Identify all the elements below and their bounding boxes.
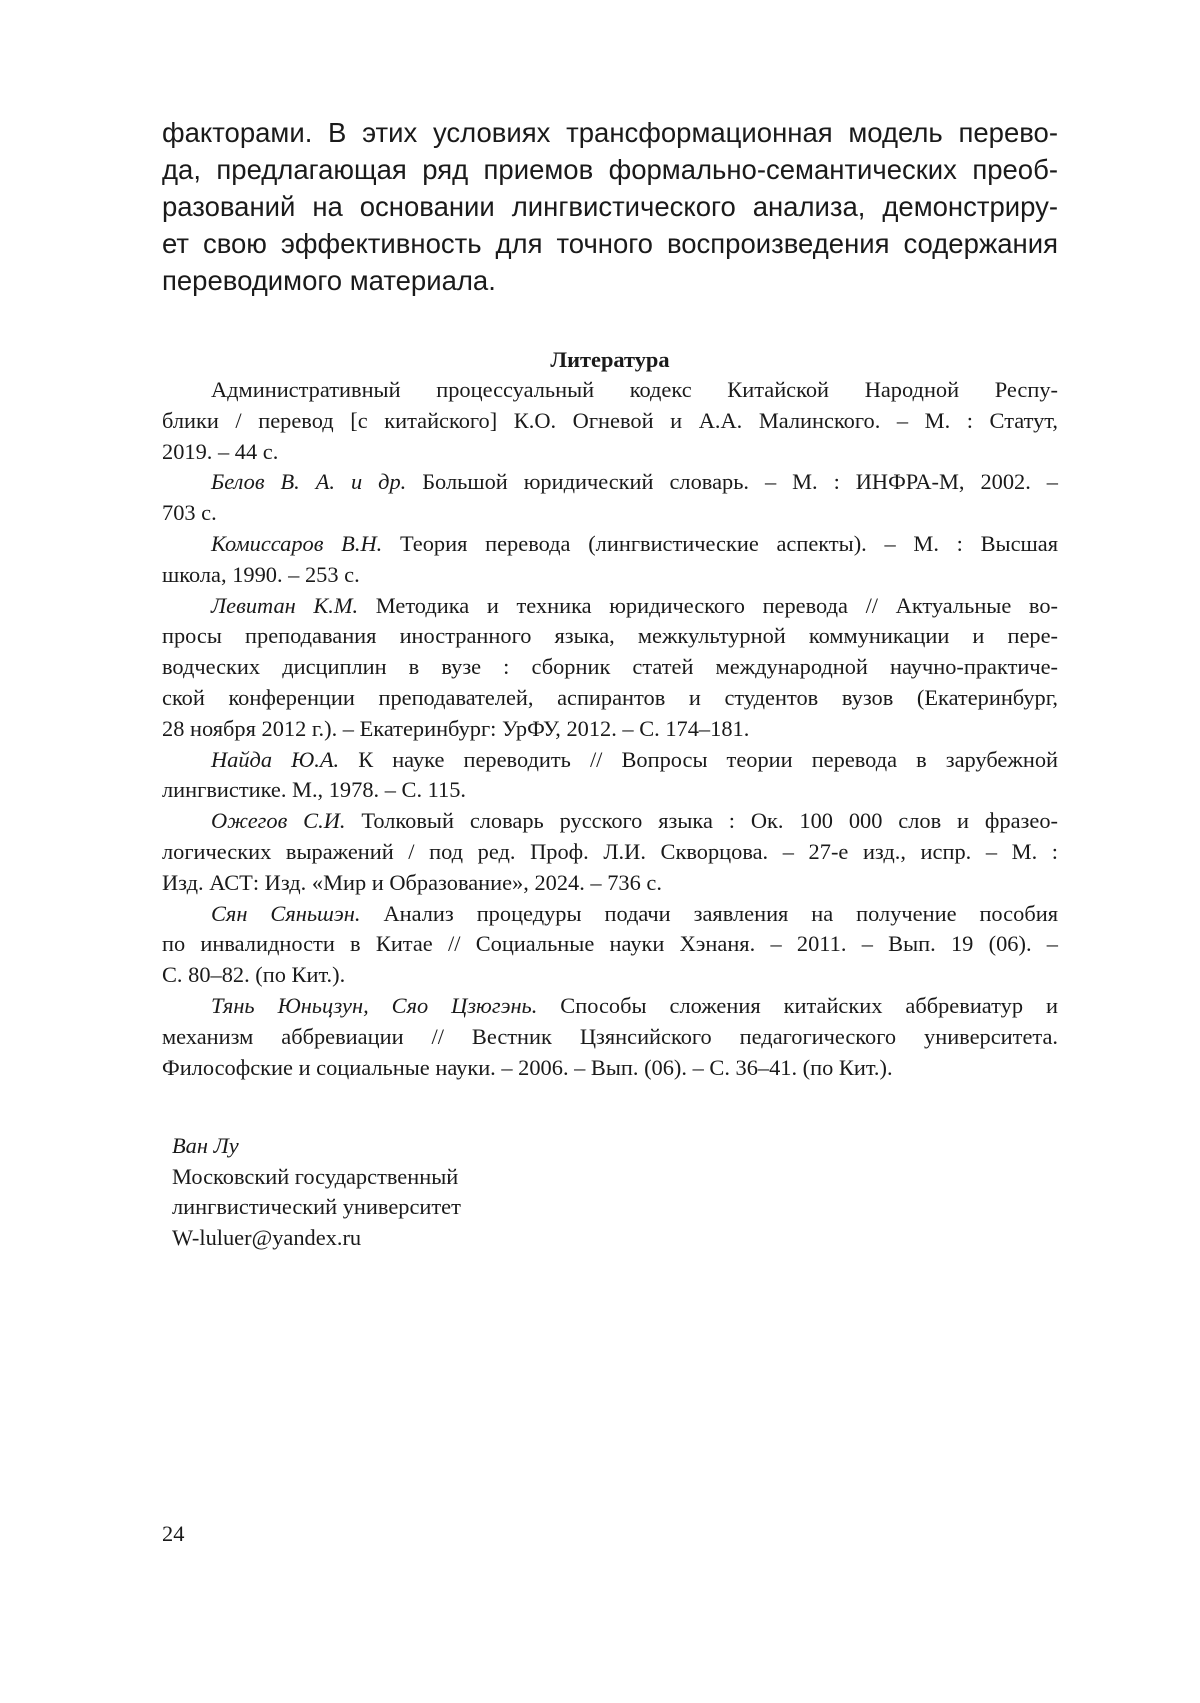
reference-first-line: Ожегов С.И. Толковый словарь русского яз… (162, 806, 1058, 837)
reference-first-line: Белов В. А. и др. Большой юридический сл… (162, 467, 1058, 498)
document-page: факторами. В этих условиях трансформацио… (0, 0, 1200, 1703)
reference-item: Сян Сяньшэн. Анализ процедуры подачи зая… (162, 899, 1058, 991)
reference-line: лингвистике. М., 1978. – С. 115. (162, 775, 1058, 806)
reference-item: Административный процессуальный кодекс К… (162, 375, 1058, 467)
reference-line: 2019. – 44 с. (162, 437, 1058, 468)
reference-line: Административный процессуальный кодекс К… (162, 375, 1058, 406)
reference-line: 703 с. (162, 498, 1058, 529)
body-text-line: разований на основании лингвистического … (162, 188, 1058, 225)
reference-text: Большой юридический словарь. – М. : ИНФР… (406, 469, 1058, 494)
reference-item: Тянь Юньцзун, Сяо Цзюгэнь. Способы сложе… (162, 991, 1058, 1083)
reference-item: Ожегов С.И. Толковый словарь русского яз… (162, 806, 1058, 898)
reference-author: Сян Сяньшэн. (211, 901, 361, 926)
reference-author: Левитан К.М. (211, 593, 358, 618)
reference-item: Комиссаров В.Н. Теория перевода (лингвис… (162, 529, 1058, 591)
author-affiliation-line-2: лингвистический университет (172, 1192, 461, 1223)
reference-line: водческих дисциплин в вузе : сборник ста… (162, 652, 1058, 683)
reference-item: Левитан К.М. Методика и техника юридичес… (162, 591, 1058, 745)
author-email[interactable]: W-luluer@yandex.ru (172, 1223, 461, 1254)
reference-item: Найда Ю.А. К науке переводить // Вопросы… (162, 745, 1058, 807)
page-number: 24 (162, 1520, 184, 1548)
body-text-line: да, предлагающая ряд приемов формально-с… (162, 151, 1058, 188)
reference-text: К науке переводить // Вопросы теории пер… (339, 747, 1058, 772)
reference-line: школа, 1990. – 253 с. (162, 560, 1058, 591)
reference-text: Методика и техника юридического перевода… (358, 593, 1058, 618)
references-list: Административный процессуальный кодекс К… (162, 375, 1058, 1083)
body-text-line: факторами. В этих условиях трансформацио… (162, 114, 1058, 151)
reference-first-line: Найда Ю.А. К науке переводить // Вопросы… (162, 745, 1058, 776)
reference-line: по инвалидности в Китае // Социальные на… (162, 929, 1058, 960)
reference-first-line: Тянь Юньцзун, Сяо Цзюгэнь. Способы сложе… (162, 991, 1058, 1022)
reference-author: Найда Ю.А. (211, 747, 339, 772)
reference-line: Изд. АСТ: Изд. «Мир и Образование», 2024… (162, 868, 1058, 899)
body-text-line: ет свою эффективность для точного воспро… (162, 225, 1058, 262)
reference-line: механизм аббревиации // Вестник Цзянсийс… (162, 1022, 1058, 1053)
reference-author: Тянь Юньцзун, Сяо Цзюгэнь. (211, 993, 537, 1018)
author-info: Ван Лу Московский государственный лингви… (172, 1131, 461, 1253)
author-affiliation-line-1: Московский государственный (172, 1162, 461, 1193)
reference-line: 28 ноября 2012 г.). – Екатеринбург: УрФУ… (162, 714, 1058, 745)
reference-text: Толковый словарь русского языка : Ок. 10… (345, 808, 1058, 833)
reference-author: Комиссаров В.Н. (211, 531, 382, 556)
reference-author: Белов В. А. и др. (211, 469, 406, 494)
reference-first-line: Сян Сяньшэн. Анализ процедуры подачи зая… (162, 899, 1058, 930)
references-title: Литература (162, 345, 1058, 375)
reference-author: Ожегов С.И. (211, 808, 345, 833)
reference-text: Анализ процедуры подачи заявления на пол… (361, 901, 1058, 926)
author-name: Ван Лу (172, 1131, 461, 1162)
reference-line: ской конференции преподавателей, аспиран… (162, 683, 1058, 714)
reference-line: Философские и социальные науки. – 2006. … (162, 1053, 1058, 1084)
reference-text: Способы сложения китайских аббревиатур и (537, 993, 1058, 1018)
reference-line: логических выражений / под ред. Проф. Л.… (162, 837, 1058, 868)
references-section: Литература Административный процессуальн… (162, 345, 1058, 1083)
reference-line: С. 80–82. (по Кит.). (162, 960, 1058, 991)
reference-first-line: Левитан К.М. Методика и техника юридичес… (162, 591, 1058, 622)
reference-text: Теория перевода (лингвистические аспекты… (382, 531, 1058, 556)
reference-item: Белов В. А. и др. Большой юридический сл… (162, 467, 1058, 529)
reference-line: блики / перевод [с китайского] К.О. Огне… (162, 406, 1058, 437)
body-text-line: переводимого материала. (162, 262, 1058, 299)
reference-first-line: Комиссаров В.Н. Теория перевода (лингвис… (162, 529, 1058, 560)
reference-line: просы преподавания иностранного языка, м… (162, 621, 1058, 652)
body-paragraph: факторами. В этих условиях трансформацио… (162, 114, 1058, 299)
